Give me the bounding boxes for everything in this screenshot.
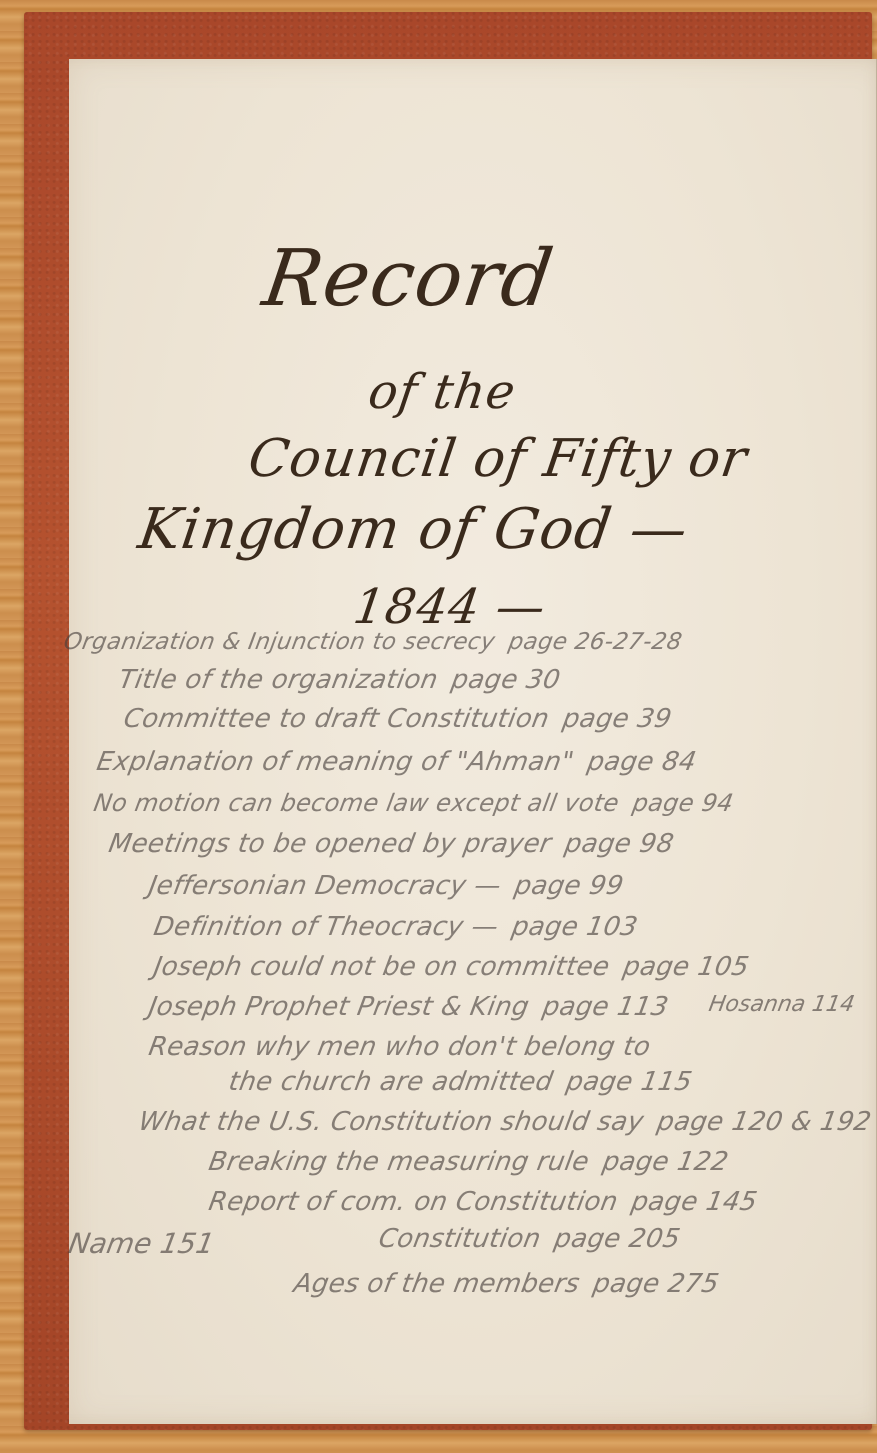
index-entry: Meetings to be opened by prayerpage 98 bbox=[106, 829, 676, 859]
index-entry: Organization & Injunction to secrecypage… bbox=[62, 629, 684, 655]
index-entry: Report of com. on Constitutionpage 145 bbox=[206, 1187, 759, 1217]
index-entry: the church are admittedpage 115 bbox=[226, 1067, 694, 1097]
index-entry: What the U.S. Constitution should saypag… bbox=[136, 1107, 873, 1137]
margin-note-name: Name 151 bbox=[66, 1227, 217, 1260]
index-entry: Jeffersonian Democracy —page 99 bbox=[146, 871, 625, 901]
index-entry: Joseph could not be on committeepage 105 bbox=[151, 952, 751, 982]
index-entry: Explanation of meaning of "Ahman"page 84 bbox=[94, 747, 698, 777]
index-entry: Committee to draft Constitutionpage 39 bbox=[121, 704, 674, 734]
flyleaf-page: Record of the Council of Fifty or Kingdo… bbox=[69, 59, 877, 1424]
index-entry: Breaking the measuring rulepage 122 bbox=[206, 1147, 730, 1177]
index-entry: Reason why men who don't belong to bbox=[146, 1032, 653, 1062]
index-entry: No motion can become law except all vote… bbox=[92, 789, 736, 817]
book-cover: Record of the Council of Fifty or Kingdo… bbox=[24, 12, 872, 1430]
index-entry: Ages of the memberspage 275 bbox=[291, 1269, 721, 1299]
index-entry: Definition of Theocracy —page 103 bbox=[151, 912, 640, 942]
index-entry: Constitutionpage 205 bbox=[376, 1224, 682, 1254]
index-entry: Title of the organizationpage 30 bbox=[116, 665, 562, 695]
pencil-index: Organization & Injunction to secrecypage… bbox=[69, 59, 877, 1424]
margin-note-hosanna: Hosanna 114 bbox=[707, 992, 857, 1017]
index-entry: Joseph Prophet Priest & Kingpage 113 bbox=[146, 992, 670, 1022]
